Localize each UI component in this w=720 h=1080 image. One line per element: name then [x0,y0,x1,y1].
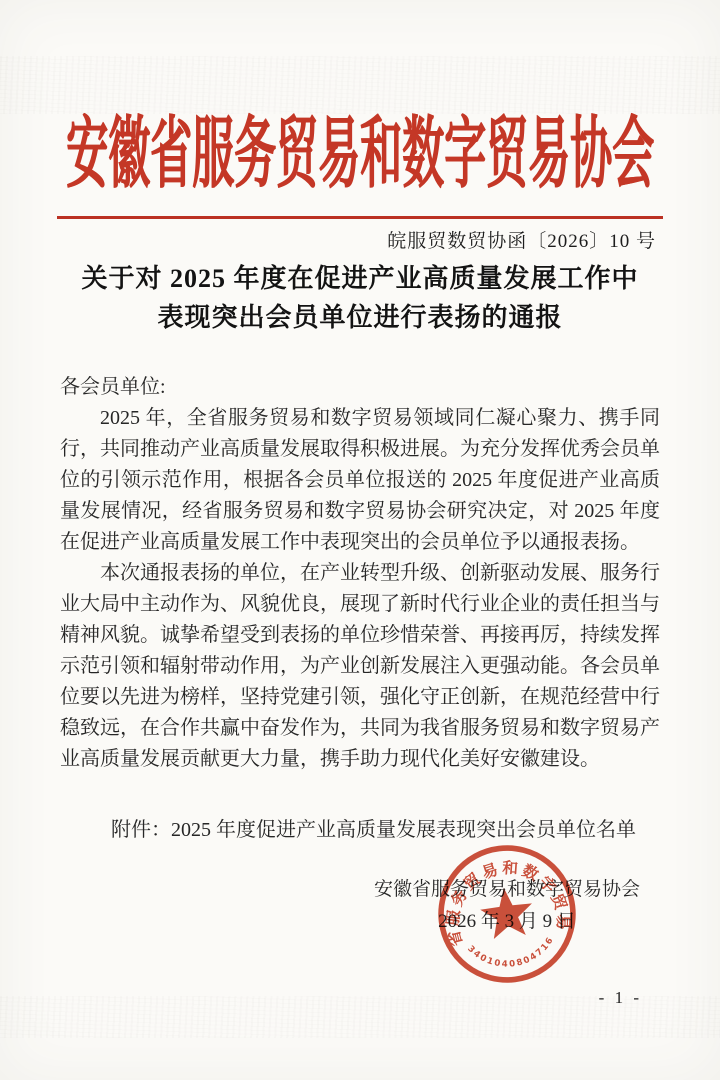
body-paragraph-1: 2025 年，全省服务贸易和数字贸易领域同仁凝心聚力、携手同行，共同推动产业高质… [60,403,660,558]
page-number: - 1 - [599,988,642,1008]
title-line-2: 表现突出会员单位进行表扬的通报 [40,298,680,337]
issuing-org-header: 安徽省服务贸易和数字贸易协会 [0,114,720,198]
issuing-org-name: 安徽省服务贸易和数字贸易协会 [66,78,654,233]
star-icon [478,885,536,941]
document-page: 安徽省服务贸易和数字贸易协会 皖服贸数贸协函〔2026〕10 号 关于对 202… [0,0,720,1080]
document-number: 皖服贸数贸协函〔2026〕10 号 [387,226,656,253]
red-divider-line [57,216,663,219]
official-seal: 安徽省服务贸易和数字贸易协会 3401040804716 [436,843,578,985]
attachment-line: 附件：2025 年度促进产业高质量发展表现突出会员单位名单 [60,815,660,846]
document-body: 各会员单位: 2025 年，全省服务贸易和数字贸易领域同仁凝心聚力、携手同行，共… [60,372,660,846]
document-title: 关于对 2025 年度在促进产业高质量发展工作中 表现突出会员单位进行表扬的通报 [40,259,680,337]
title-line-1: 关于对 2025 年度在促进产业高质量发展工作中 [40,259,680,298]
body-paragraph-2: 本次通报表扬的单位，在产业转型升级、创新驱动发展、服务行业大局中主动作为、风貌优… [60,558,660,775]
salutation: 各会员单位: [60,372,660,403]
